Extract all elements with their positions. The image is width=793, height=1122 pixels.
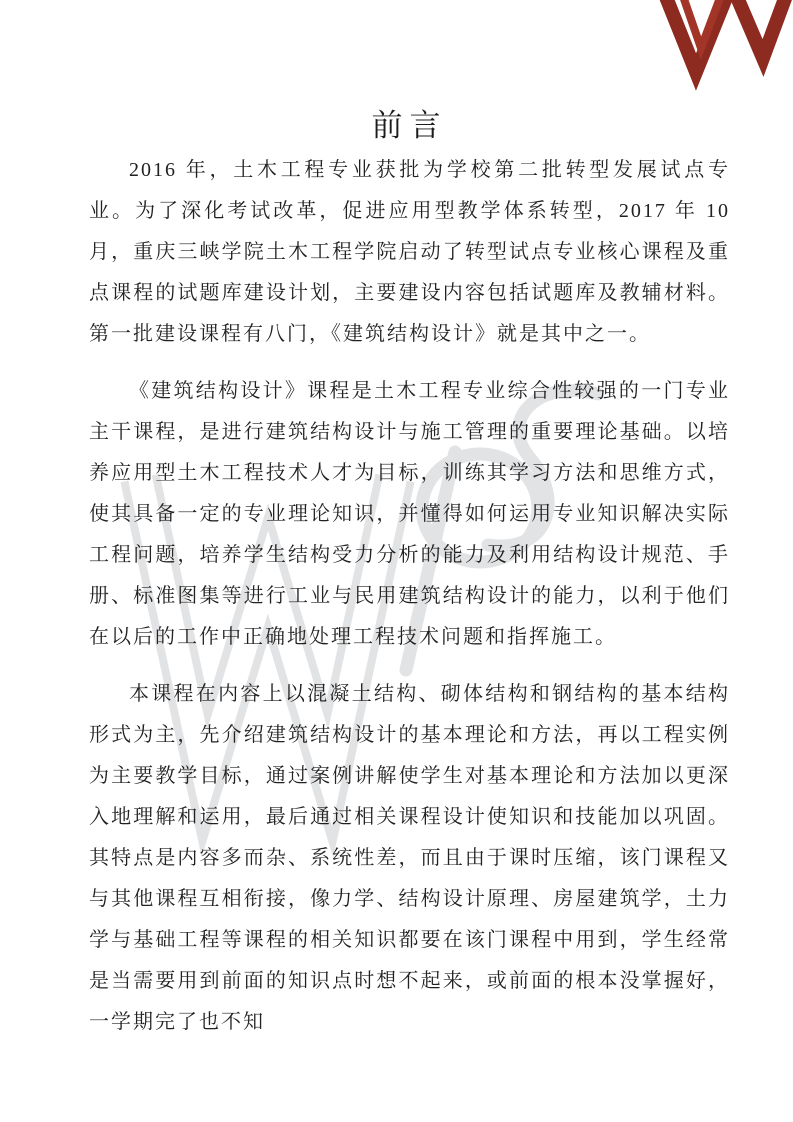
paragraph-3: 本课程在内容上以混凝土结构、砌体结构和钢结构的基本结构形式为主，先介绍建筑结构设… bbox=[89, 674, 730, 1043]
paragraph-1: 2016 年，土木工程专业获批为学校第二批转型发展试点专业。为了深化考试改革，促… bbox=[89, 150, 730, 355]
wps-red-corner-mark bbox=[652, 0, 793, 72]
document-body: 前言 2016 年，土木工程专业获批为学校第二批转型发展试点专业。为了深化考试改… bbox=[89, 104, 730, 1059]
paragraph-2: 《建筑结构设计》课程是土木工程专业综合性较强的一门专业主干课程，是进行建筑结构设… bbox=[89, 371, 730, 658]
page-title: 前言 bbox=[89, 104, 730, 148]
document-page: 前言 2016 年，土木工程专业获批为学校第二批转型发展试点专业。为了深化考试改… bbox=[0, 0, 793, 1122]
